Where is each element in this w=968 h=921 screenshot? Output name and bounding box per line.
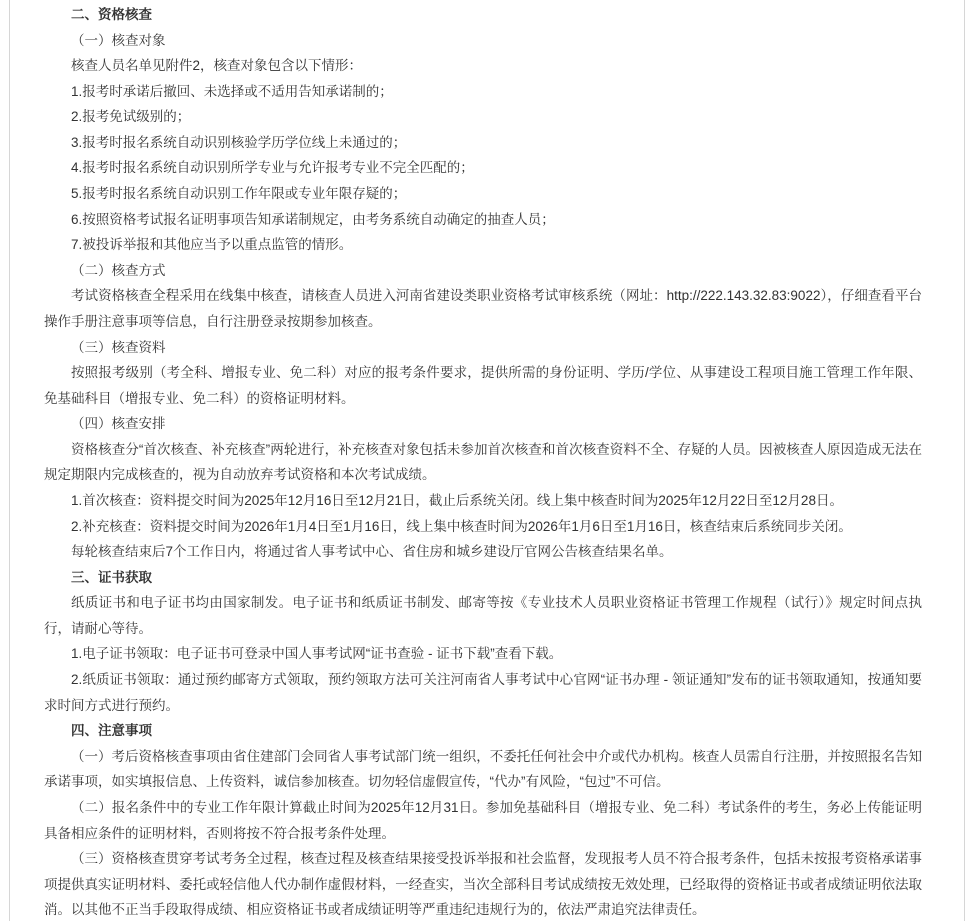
- section: 三、证书获取纸质证书和电子证书均由国家制发。电子证书和纸质证书制发、邮寄等按《专…: [44, 565, 922, 718]
- section-heading: 二、资格核查: [44, 2, 922, 28]
- paragraph: 考试资格核查全程采用在线集中核查，请核查人员进入河南省建设类职业资格考试审核系统…: [44, 283, 922, 334]
- section: 二、资格核查（一）核查对象核查人员名单见附件2，核查对象包含以下情形：1.报考时…: [44, 2, 922, 565]
- paragraph: 2.补充核查：资料提交时间为2026年1月4日至1月16日，线上集中核查时间为2…: [44, 514, 922, 540]
- section-heading: 四、注意事项: [44, 718, 922, 744]
- paragraph: 6.按照资格考试报名证明事项告知承诺制规定，由考务系统自动确定的抽查人员；: [44, 207, 922, 233]
- paragraph: 1.电子证书领取：电子证书可登录中国人事考试网“证书查验 - 证书下载”查看下载…: [44, 641, 922, 667]
- section-heading: 三、证书获取: [44, 565, 922, 591]
- content-right-border: [964, 0, 965, 921]
- paragraph: 核查人员名单见附件2，核查对象包含以下情形：: [44, 53, 922, 79]
- paragraph: （一）考后资格核查事项由省住建部门会同省人事考试部门统一组织，不委托任何社会中介…: [44, 744, 922, 795]
- notice-page: 二、资格核查（一）核查对象核查人员名单见附件2，核查对象包含以下情形：1.报考时…: [0, 0, 968, 921]
- section: 四、注意事项（一）考后资格核查事项由省住建部门会同省人事考试部门统一组织，不委托…: [44, 718, 922, 921]
- paragraph: 2.纸质证书领取：通过预约邮寄方式领取，预约领取方法可关注河南省人事考试中心官网…: [44, 667, 922, 718]
- paragraph: （三）资格核查贯穿考试考务全过程，核查过程及核查结果接受投诉举报和社会监督，发现…: [44, 846, 922, 921]
- paragraph: 7.被投诉举报和其他应当予以重点监管的情形。: [44, 232, 922, 258]
- paragraph: （二）报名条件中的专业工作年限计算截止时间为2025年12月31日。参加免基础科…: [44, 795, 922, 846]
- paragraph: 5.报考时报名系统自动识别工作年限或专业年限存疑的；: [44, 181, 922, 207]
- paragraph: 纸质证书和电子证书均由国家制发。电子证书和纸质证书制发、邮寄等按《专业技术人员职…: [44, 590, 922, 641]
- paragraph: （二）核查方式: [44, 258, 922, 284]
- paragraph: 每轮核查结束后7个工作日内，将通过省人事考试中心、省住房和城乡建设厅官网公告核查…: [44, 539, 922, 565]
- paragraph: （一）核查对象: [44, 28, 922, 54]
- paragraph: 1.首次核查：资料提交时间为2025年12月16日至12月21日，截止后系统关闭…: [44, 488, 922, 514]
- paragraph: 按照报考级别（考全科、增报专业、免二科）对应的报考条件要求，提供所需的身份证明、…: [44, 360, 922, 411]
- paragraph: 1.报考时承诺后撤回、未选择或不适用告知承诺制的；: [44, 79, 922, 105]
- content-left-border: [9, 0, 10, 921]
- paragraph: （四）核查安排: [44, 411, 922, 437]
- paragraph: （三）核查资料: [44, 335, 922, 361]
- paragraph: 4.报考时报名系统自动识别所学专业与允许报考专业不完全匹配的；: [44, 155, 922, 181]
- document-body: 二、资格核查（一）核查对象核查人员名单见附件2，核查对象包含以下情形：1.报考时…: [44, 2, 922, 921]
- paragraph: 3.报考时报名系统自动识别核验学历学位线上未通过的；: [44, 130, 922, 156]
- paragraph: 2.报考免试级别的；: [44, 104, 922, 130]
- paragraph: 资格核查分“首次核查、补充核查”两轮进行，补充核查对象包括未参加首次核查和首次核…: [44, 437, 922, 488]
